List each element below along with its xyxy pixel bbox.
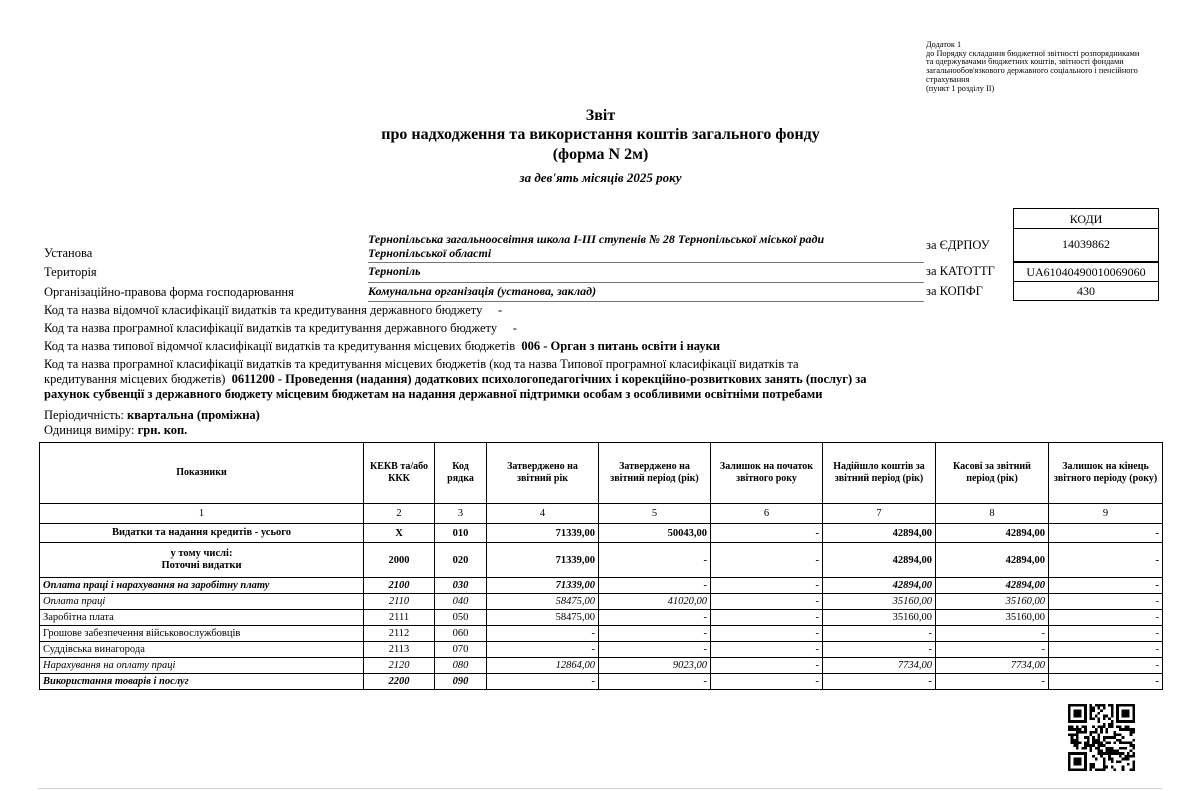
territory-value: Тернопіль [368, 264, 924, 283]
col-header: Касові за звітний період (рік) [936, 443, 1049, 504]
territory-label: Територія [44, 265, 97, 280]
balance-end-cell: - [1049, 626, 1163, 642]
col-number: 4 [487, 504, 599, 524]
approved-period-cell: - [599, 642, 711, 658]
table-row: у тому числі:Поточні видатки200002071339… [40, 543, 1163, 578]
received-cell: 42894,00 [823, 524, 936, 543]
balance-end-cell: - [1049, 674, 1163, 690]
balance-start-cell: - [711, 674, 823, 690]
table-row: Нарахування на оплату праці212008012864,… [40, 658, 1163, 674]
report-period: за дев'ять місяців 2025 року [0, 170, 1201, 186]
periodicity-value: квартальна (проміжна) [127, 408, 260, 422]
table-header-row: Показники КЕКВ та/або ККК Код рядка Затв… [40, 443, 1163, 504]
col-number: 3 [435, 504, 487, 524]
approved-period-cell: - [599, 674, 711, 690]
received-cell: 35160,00 [823, 594, 936, 610]
prog-class-state-value: - [513, 321, 517, 335]
row-code-cell: 050 [435, 610, 487, 626]
typical-dept-local-value: 006 - Орган з питань освіти і науки [521, 339, 720, 353]
col-header: Показники [40, 443, 364, 504]
column-numbers-row: 1 2 3 4 5 6 7 8 9 [40, 504, 1163, 524]
appendix-note: Додаток 1 до Порядку складання бюджетної… [926, 41, 1166, 93]
col-number: 9 [1049, 504, 1163, 524]
row-code-cell: 030 [435, 578, 487, 594]
approved-period-cell: 9023,00 [599, 658, 711, 674]
row-indicator: Використання товарів і послуг [40, 674, 364, 690]
row-indicator-line: у тому числі: [43, 548, 360, 560]
codes-header: КОДИ [1013, 208, 1159, 229]
table-row: Заробітна плата211105058475,00--35160,00… [40, 610, 1163, 626]
col-number: 8 [936, 504, 1049, 524]
edrpou-code: 14039862 [1013, 228, 1159, 262]
col-number: 7 [823, 504, 936, 524]
row-indicator-line: Поточні видатки [43, 560, 360, 572]
kekv-cell: 2200 [364, 674, 435, 690]
balance-end-cell: - [1049, 658, 1163, 674]
received-cell: 35160,00 [823, 610, 936, 626]
approved-year-cell: 71339,00 [487, 524, 599, 543]
col-number: 6 [711, 504, 823, 524]
institution-line: Тернопільська загальноосвітня школа І-ІІ… [368, 232, 924, 246]
balance-end-cell: - [1049, 578, 1163, 594]
cash-cell: 35160,00 [936, 610, 1049, 626]
table-row: Оплата праці і нарахування на заробітну … [40, 578, 1163, 594]
appendix-line: (пункт 1 розділу ІІ) [926, 85, 1166, 94]
kekv-cell: 2000 [364, 543, 435, 578]
prog-local-value-line2: рахунок субвенції з державного бюджету м… [44, 387, 822, 402]
col-number: 2 [364, 504, 435, 524]
cash-cell: 35160,00 [936, 594, 1049, 610]
periodicity-label: Періодичність: [44, 408, 124, 422]
kekv-cell: 2113 [364, 642, 435, 658]
table-row: Оплата праці211004058475,0041020,00-3516… [40, 594, 1163, 610]
approved-period-cell: 41020,00 [599, 594, 711, 610]
approved-period-cell: - [599, 543, 711, 578]
balance-start-cell: - [711, 610, 823, 626]
cash-cell: 42894,00 [936, 524, 1049, 543]
balance-start-cell: - [711, 658, 823, 674]
kekv-cell: 2111 [364, 610, 435, 626]
col-header: Надійшло коштів за звітний період (рік) [823, 443, 936, 504]
prog-class-state-label: Код та назва програмної класифікації вид… [44, 321, 497, 335]
dept-class-state-value: - [498, 303, 502, 317]
edrpou-label: за ЄДРПОУ [926, 238, 990, 253]
prog-local-label: кредитування місцевих бюджетів) [44, 372, 225, 386]
row-code-cell: 040 [435, 594, 487, 610]
col-header: Код рядка [435, 443, 487, 504]
col-header: КЕКВ та/або ККК [364, 443, 435, 504]
table-row: Суддівська винагорода2113070------ [40, 642, 1163, 658]
balance-start-cell: - [711, 594, 823, 610]
approved-period-cell: - [599, 626, 711, 642]
approved-year-cell: - [487, 626, 599, 642]
approved-period-cell: - [599, 578, 711, 594]
received-cell: - [823, 626, 936, 642]
balance-start-cell: - [711, 578, 823, 594]
approved-year-cell: 71339,00 [487, 578, 599, 594]
row-indicator: Оплата праці і нарахування на заробітну … [40, 578, 364, 594]
prog-local-label-line1: Код та назва програмної класифікації вид… [44, 357, 799, 372]
row-code-cell: 060 [435, 626, 487, 642]
row-indicator: Нарахування на оплату праці [40, 658, 364, 674]
approved-year-cell: - [487, 642, 599, 658]
balance-end-cell: - [1049, 642, 1163, 658]
row-indicator: Грошове забезпечення військовослужбовців [40, 626, 364, 642]
prog-class-state: Код та назва програмної класифікації вид… [44, 321, 517, 336]
col-header: Залишок на кінець звітного періоду (року… [1049, 443, 1163, 504]
kopfg-code: 430 [1013, 282, 1159, 301]
prog-local-value: 0611200 - Проведення (надання) додаткови… [232, 372, 867, 386]
legal-form-value: Комунальна організація (установа, заклад… [368, 284, 924, 302]
cash-cell: 42894,00 [936, 543, 1049, 578]
approved-period-cell: - [599, 610, 711, 626]
balance-start-cell: - [711, 626, 823, 642]
kekv-cell: 2120 [364, 658, 435, 674]
legal-form-label: Організаційно-правова форма господарюван… [44, 285, 294, 300]
balance-start-cell: - [711, 524, 823, 543]
col-header: Залишок на початок звітного року [711, 443, 823, 504]
row-code-cell: 090 [435, 674, 487, 690]
approved-year-cell: - [487, 674, 599, 690]
unit-value: грн. коп. [138, 423, 188, 437]
cash-cell: 7734,00 [936, 658, 1049, 674]
institution-label: Установа [44, 246, 92, 261]
received-cell: - [823, 642, 936, 658]
row-indicator: Заробітна плата [40, 610, 364, 626]
row-code-cell: 080 [435, 658, 487, 674]
typical-dept-local-label: Код та назва типової відомчої класифікац… [44, 339, 515, 353]
approved-period-cell: 50043,00 [599, 524, 711, 543]
cash-cell: - [936, 674, 1049, 690]
prog-local-line2: кредитування місцевих бюджетів) 0611200 … [44, 372, 867, 387]
report-form: (форма N 2м) [0, 146, 1201, 164]
balance-end-cell: - [1049, 524, 1163, 543]
row-indicator: Видатки та надання кредитів - усього [40, 524, 364, 543]
received-cell: 42894,00 [823, 578, 936, 594]
katottg-code: UA61040490010069060 [1013, 262, 1159, 282]
received-cell: - [823, 674, 936, 690]
balance-end-cell: - [1049, 543, 1163, 578]
row-code-cell: 070 [435, 642, 487, 658]
report-subtitle: про надходження та використання коштів з… [0, 126, 1201, 144]
row-indicator: у тому числі:Поточні видатки [40, 543, 364, 578]
balance-end-cell: - [1049, 594, 1163, 610]
cash-cell: - [936, 642, 1049, 658]
page-divider [38, 788, 1162, 789]
institution-value: Тернопільська загальноосвітня школа І-ІІ… [368, 232, 924, 263]
col-number: 5 [599, 504, 711, 524]
table-row: Використання товарів і послуг2200090----… [40, 674, 1163, 690]
kekv-cell: 2110 [364, 594, 435, 610]
balance-start-cell: - [711, 642, 823, 658]
row-indicator: Оплата праці [40, 594, 364, 610]
col-header: Затверджено на звітний рік [487, 443, 599, 504]
typical-dept-local: Код та назва типової відомчої класифікац… [44, 339, 720, 354]
unit: Одиниця виміру: грн. коп. [44, 423, 187, 438]
katottg-label: за КАТОТТГ [926, 264, 995, 279]
cash-cell: - [936, 626, 1049, 642]
report-table: Показники КЕКВ та/або ККК Код рядка Затв… [39, 442, 1163, 690]
approved-year-cell: 58475,00 [487, 594, 599, 610]
approved-year-cell: 58475,00 [487, 610, 599, 626]
institution-line: Тернопільської області [368, 246, 924, 260]
row-code-cell: 010 [435, 524, 487, 543]
kekv-cell: X [364, 524, 435, 543]
received-cell: 42894,00 [823, 543, 936, 578]
report-title: Звіт [0, 107, 1201, 125]
kopfg-label: за КОПФГ [926, 284, 983, 299]
approved-year-cell: 71339,00 [487, 543, 599, 578]
kekv-cell: 2112 [364, 626, 435, 642]
dept-class-state: Код та назва відомчої класифікації видат… [44, 303, 502, 318]
table-row: Видатки та надання кредитів - усьогоX010… [40, 524, 1163, 543]
balance-start-cell: - [711, 543, 823, 578]
qr-code-icon [1068, 704, 1135, 771]
approved-year-cell: 12864,00 [487, 658, 599, 674]
table-row: Грошове забезпечення військовослужбовців… [40, 626, 1163, 642]
balance-end-cell: - [1049, 610, 1163, 626]
col-header: Затверджено на звітний період (рік) [599, 443, 711, 504]
kekv-cell: 2100 [364, 578, 435, 594]
row-code-cell: 020 [435, 543, 487, 578]
periodicity: Періодичність: квартальна (проміжна) [44, 408, 260, 423]
unit-label: Одиниця виміру: [44, 423, 134, 437]
dept-class-state-label: Код та назва відомчої класифікації видат… [44, 303, 482, 317]
cash-cell: 42894,00 [936, 578, 1049, 594]
row-indicator: Суддівська винагорода [40, 642, 364, 658]
received-cell: 7734,00 [823, 658, 936, 674]
col-number: 1 [40, 504, 364, 524]
